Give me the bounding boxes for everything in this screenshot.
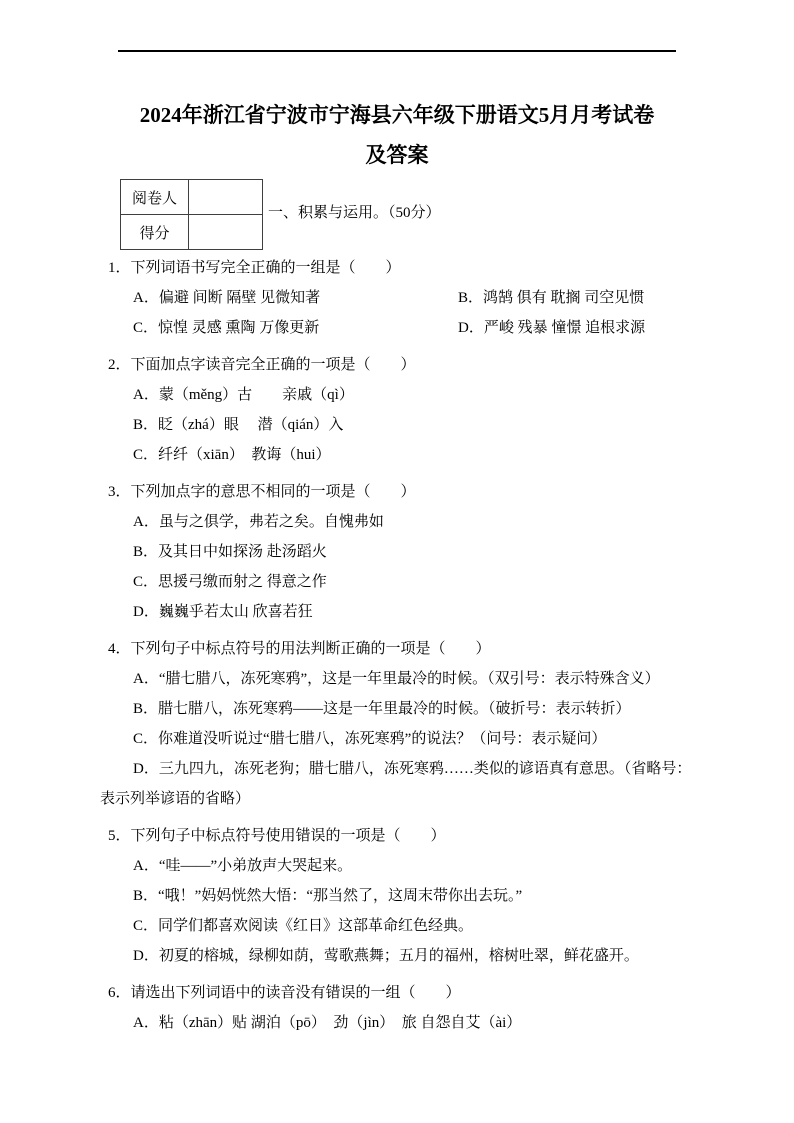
question-5-option-D: D．初夏的榕城，绿柳如荫，莺歌燕舞；五月的福州，榕树吐翠，鲜花盛开。 (100, 941, 700, 971)
page-title-line1: 2024年浙江省宁波市宁海县六年级下册语文5月月考试卷 (0, 95, 794, 135)
header-rule (118, 50, 676, 52)
question-6: 6．请选出下列词语中的读音没有错误的一组（ ）A．粘（zhān）贴 湖泊（pō）… (100, 978, 700, 1038)
question-4-option-A: A．“腊七腊八，冻死寒鸦”，这是一年里最冷的时候。（双引号：表示特殊含义） (100, 664, 700, 694)
question-1-options: A．偏避 间断 隔壁 见微知著B．鸿鹄 俱有 耽搁 司空见惯C．惊惶 灵感 熏陶… (100, 283, 700, 343)
question-2-stem: 2．下面加点字读音完全正确的一项是（ ） (100, 350, 700, 380)
grader-blank-cell (189, 180, 263, 215)
question-2-option-B: B．眨（zhá）眼 潜（qián）入 (100, 410, 700, 440)
grading-table-row-grader: 阅卷人 (121, 180, 263, 215)
question-5: 5．下列句子中标点符号使用错误的一项是（ ）A．“哇——”小弟放声大哭起来。B．… (100, 821, 700, 971)
title-block: 2024年浙江省宁波市宁海县六年级下册语文5月月考试卷 及答案 (0, 95, 794, 175)
question-2-option-C: C．纤纤（xiān） 教诲（hui） (100, 440, 700, 470)
page-title-line2: 及答案 (0, 135, 794, 175)
question-1-option-C: C．惊惶 灵感 熏陶 万像更新 (100, 313, 458, 343)
question-4: 4．下列句子中标点符号的用法判断正确的一项是（ ）A．“腊七腊八，冻死寒鸦”，这… (100, 634, 700, 814)
question-3-option-D: D．巍巍乎若太山 欣喜若狂 (100, 597, 700, 627)
question-5-option-B: B．“哦！”妈妈恍然大悟：“那当然了，这周末带你出去玩。” (100, 881, 700, 911)
score-label: 得分 (121, 215, 189, 250)
grader-label: 阅卷人 (121, 180, 189, 215)
grading-table-row-score: 得分 (121, 215, 263, 250)
question-1-option-A: A．偏避 间断 隔壁 见微知著 (100, 283, 458, 313)
question-2-option-A: A．蒙（měng）古 亲戚（qì） (100, 380, 700, 410)
questions-list: 1．下列词语书写完全正确的一组是（ ）A．偏避 间断 隔壁 见微知著B．鸿鹄 俱… (100, 248, 700, 1038)
question-1-option-D: D．严峻 残暴 憧憬 追根求源 (458, 313, 700, 343)
question-3-option-C: C．思援弓缴而射之 得意之作 (100, 567, 700, 597)
question-3-option-A: A．虽与之俱学，弗若之矣。自愧弗如 (100, 507, 700, 537)
section-heading: 一、积累与运用。（50分） (268, 198, 441, 228)
question-5-option-A: A．“哇——”小弟放声大哭起来。 (100, 851, 700, 881)
question-6-stem: 6．请选出下列词语中的读音没有错误的一组（ ） (100, 978, 700, 1008)
question-1: 1．下列词语书写完全正确的一组是（ ）A．偏避 间断 隔壁 见微知著B．鸿鹄 俱… (100, 253, 700, 343)
question-4-option-C: C．你难道没听说过“腊七腊八，冻死寒鸦”的说法？（问号：表示疑问） (100, 724, 700, 754)
question-2: 2．下面加点字读音完全正确的一项是（ ）A．蒙（měng）古 亲戚（qì）B．眨… (100, 350, 700, 470)
question-3-stem: 3．下列加点字的意思不相同的一项是（ ） (100, 477, 700, 507)
question-1-option-B: B．鸿鹄 俱有 耽搁 司空见惯 (458, 283, 700, 313)
question-1-stem: 1．下列词语书写完全正确的一组是（ ） (100, 253, 700, 283)
question-5-stem: 5．下列句子中标点符号使用错误的一项是（ ） (100, 821, 700, 851)
question-5-option-C: C．同学们都喜欢阅读《红日》这部革命红色经典。 (100, 911, 700, 941)
exam-paper-page: 2024年浙江省宁波市宁海县六年级下册语文5月月考试卷 及答案 阅卷人 得分 一… (0, 0, 794, 1123)
score-blank-cell (189, 215, 263, 250)
question-3-option-B: B．及其日中如探汤 赴汤蹈火 (100, 537, 700, 567)
question-4-option-B: B．腊七腊八，冻死寒鸦——这是一年里最冷的时候。（破折号：表示转折） (100, 694, 700, 724)
grading-table: 阅卷人 得分 (120, 179, 263, 250)
question-6-option-A: A．粘（zhān）贴 湖泊（pō） 劲（jìn） 旅 自怨自艾（ài） (100, 1008, 700, 1038)
question-4-option-D: D．三九四九，冻死老狗；腊七腊八，冻死寒鸦……类似的谚语真有意思。（省略号：表示… (100, 754, 700, 814)
question-4-stem: 4．下列句子中标点符号的用法判断正确的一项是（ ） (100, 634, 700, 664)
question-3: 3．下列加点字的意思不相同的一项是（ ）A．虽与之俱学，弗若之矣。自愧弗如B．及… (100, 477, 700, 627)
